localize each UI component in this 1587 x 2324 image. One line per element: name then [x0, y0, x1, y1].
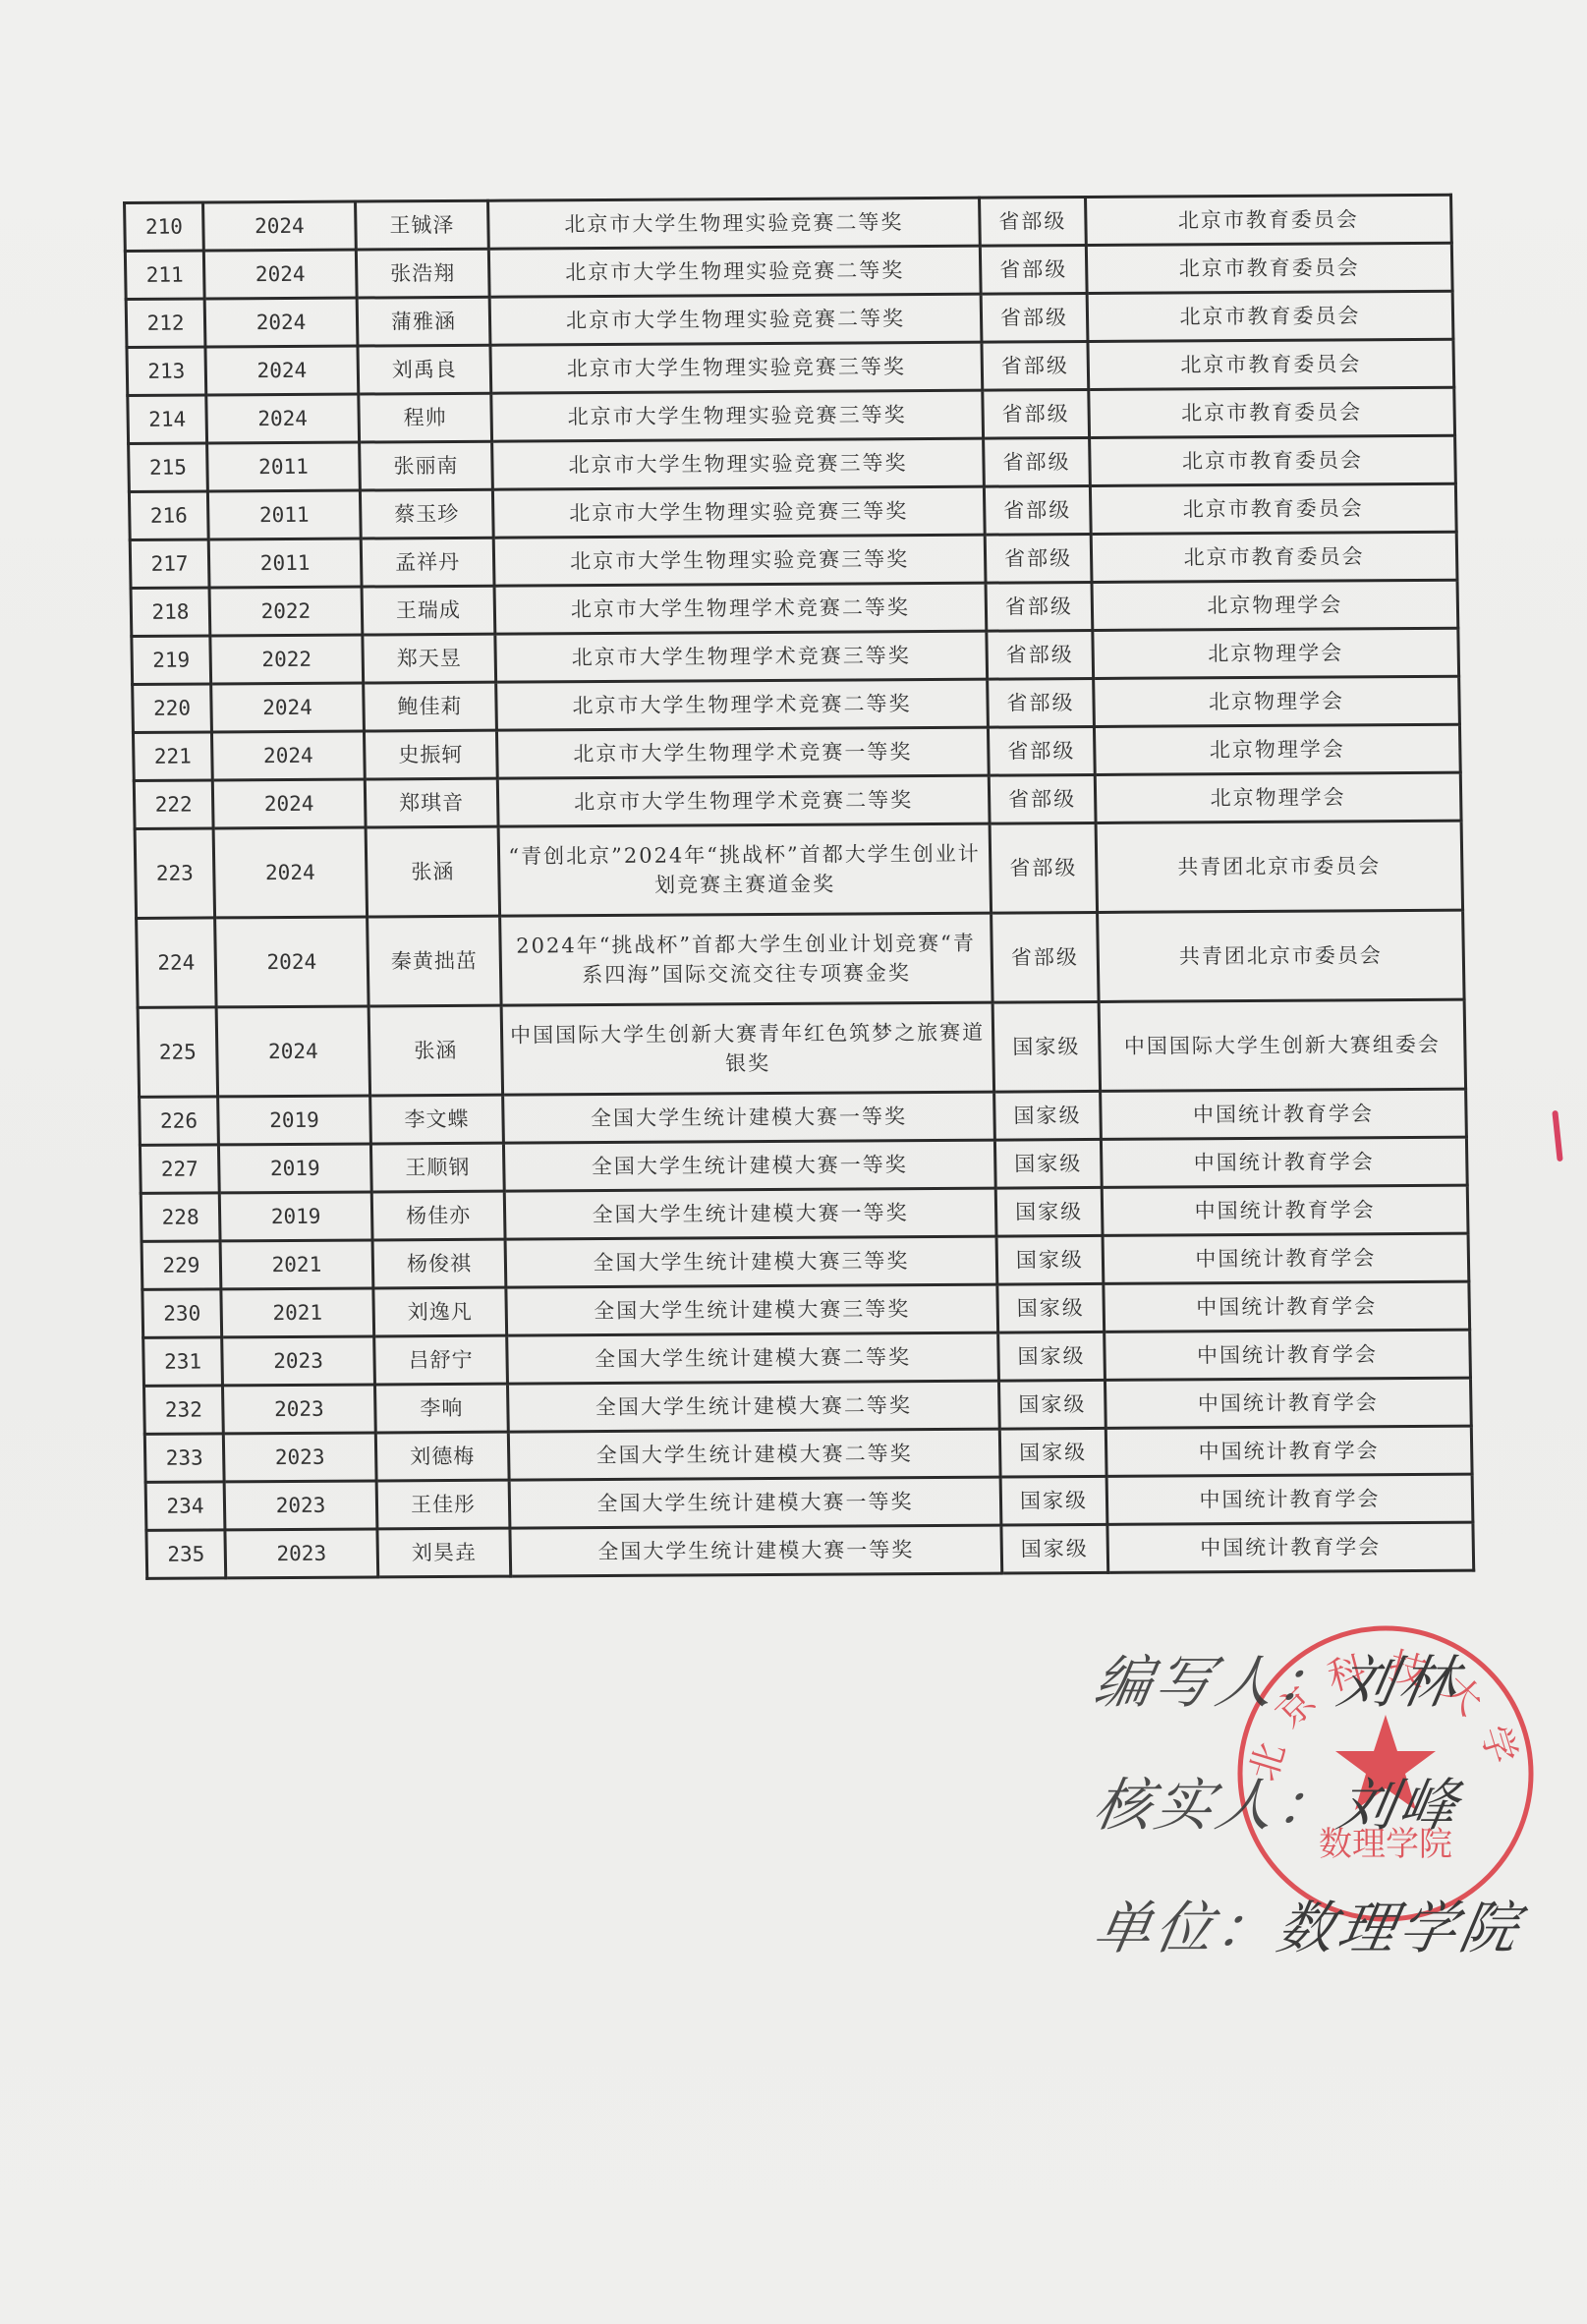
name-cell: 郑天昱: [363, 634, 496, 683]
year-cell: 2024: [216, 1006, 370, 1097]
row-number: 233: [144, 1434, 224, 1482]
organizer-cell: 中国国际大学生创新大赛组委会: [1099, 999, 1466, 1091]
organizer-cell: 共青团北京市委员会: [1098, 910, 1465, 1001]
name-cell: 杨佳亦: [371, 1191, 505, 1240]
award-level-cell: 国家级: [994, 1091, 1102, 1140]
year-cell: 2024: [203, 250, 357, 299]
compiler-signature: 编写人：刘林: [1089, 1636, 1469, 1719]
unit-signature: 单位：数理学院: [1089, 1882, 1530, 1964]
organizer-cell: 中国统计教育学会: [1103, 1233, 1469, 1283]
year-cell: 2024: [212, 779, 366, 828]
table-row: 2132024刘禹良北京市大学生物理实验竞赛三等奖省部级北京市教育委员会: [127, 339, 1454, 395]
organizer-cell: 北京市教育委员会: [1090, 483, 1456, 534]
table-row: 2162011蔡玉珍北京市大学生物理实验竞赛三等奖省部级北京市教育委员会: [129, 483, 1456, 539]
award-level-cell: 省部级: [986, 582, 1093, 631]
year-cell: 2021: [220, 1240, 373, 1289]
award-level-cell: 省部级: [980, 246, 1087, 295]
award-name-cell: 北京市大学生物理学术竞赛一等奖: [496, 727, 989, 778]
organizer-cell: 中国统计教育学会: [1104, 1281, 1470, 1332]
organizer-cell: 中国统计教育学会: [1107, 1522, 1474, 1572]
award-name-cell: 2024年“挑战杯”首都大学生创业计划竞赛“青系四海”国际交流交往专项赛金奖: [500, 913, 992, 1005]
unit-name: 数理学院: [1272, 1895, 1527, 1961]
award-name-cell: 北京市大学生物理实验竞赛三等奖: [490, 342, 983, 393]
table-row: 2302021刘逸凡全国大学生统计建模大赛三等奖国家级中国统计教育学会: [142, 1281, 1470, 1337]
row-number: 227: [140, 1145, 219, 1193]
row-number: 218: [131, 588, 210, 636]
award-level-cell: 省部级: [987, 630, 1094, 679]
table-row: 2202024鲍佳莉北京市大学生物理学术竞赛二等奖省部级北京物理学会: [133, 676, 1460, 732]
year-cell: 2023: [222, 1336, 375, 1386]
name-cell: 刘逸凡: [373, 1287, 507, 1336]
reviewer-signature: 核实人：刘峰: [1089, 1759, 1469, 1842]
row-number: 221: [133, 732, 212, 780]
name-cell: 张涵: [366, 826, 500, 917]
table-row: 2142024程帅北京市大学生物理实验竞赛三等奖省部级北京市教育委员会: [128, 387, 1455, 443]
row-number: 228: [141, 1193, 220, 1241]
year-cell: 2023: [225, 1529, 378, 1578]
table-row: 2312023吕舒宁全国大学生统计建模大赛二等奖国家级中国统计教育学会: [143, 1330, 1471, 1386]
row-number: 222: [134, 780, 213, 828]
award-level-cell: 国家级: [1001, 1524, 1108, 1573]
year-cell: 2019: [219, 1192, 372, 1241]
award-level-cell: 国家级: [1000, 1476, 1107, 1525]
year-cell: 2019: [218, 1144, 371, 1193]
name-cell: 秦黄拙茁: [368, 916, 502, 1006]
name-cell: 王瑞成: [362, 586, 495, 635]
name-cell: 王佳彤: [376, 1480, 510, 1529]
table-row: 2102024王铖泽北京市大学生物理实验竞赛二等奖省部级北京市教育委员会: [125, 195, 1452, 251]
award-level-cell: 国家级: [995, 1187, 1103, 1236]
table-row: 2262019李文蝶全国大学生统计建模大赛一等奖国家级中国统计教育学会: [140, 1089, 1467, 1145]
award-level-cell: 国家级: [999, 1428, 1106, 1477]
table-row: 2292021杨俊祺全国大学生统计建模大赛三等奖国家级中国统计教育学会: [142, 1233, 1469, 1289]
year-cell: 2024: [203, 201, 357, 251]
name-cell: 李响: [374, 1384, 508, 1433]
name-cell: 杨俊祺: [372, 1239, 506, 1288]
award-name-cell: 全国大学生统计建模大赛一等奖: [503, 1140, 995, 1191]
name-cell: 史振轲: [364, 730, 497, 779]
organizer-cell: 中国统计教育学会: [1101, 1137, 1467, 1187]
organizer-cell: 北京市教育委员会: [1090, 435, 1456, 485]
table-row: 2172011孟祥丹北京市大学生物理实验竞赛三等奖省部级北京市教育委员会: [130, 532, 1457, 588]
award-name-cell: “青创北京”2024年“挑战杯”首都大学生创业计划竞赛主赛道金奖: [498, 823, 991, 916]
row-number: 215: [129, 443, 208, 491]
award-name-cell: 全国大学生统计建模大赛二等奖: [508, 1429, 1000, 1480]
row-number: 217: [130, 539, 209, 588]
organizer-cell: 中国统计教育学会: [1105, 1426, 1472, 1476]
award-level-cell: 省部级: [984, 437, 1091, 486]
award-level-cell: 国家级: [994, 1139, 1102, 1188]
organizer-cell: 北京市教育委员会: [1086, 243, 1452, 293]
award-level-cell: 国家级: [992, 1001, 1101, 1092]
table-row: 2112024张浩翔北京市大学生物理实验竞赛二等奖省部级北京市教育委员会: [125, 243, 1452, 299]
award-name-cell: 北京市大学生物理学术竞赛二等奖: [494, 583, 987, 634]
award-level-cell: 国家级: [997, 1283, 1105, 1332]
name-cell: 蔡玉珍: [360, 489, 493, 538]
name-cell: 刘昊垚: [377, 1528, 511, 1577]
organizer-cell: 北京物理学会: [1095, 772, 1461, 822]
table-row: 2152011张丽南北京市大学生物理实验竞赛三等奖省部级北京市教育委员会: [129, 435, 1456, 491]
year-cell: 2023: [224, 1481, 377, 1530]
table-row: 2332023刘德梅全国大学生统计建模大赛二等奖国家级中国统计教育学会: [144, 1426, 1472, 1482]
award-name-cell: 北京市大学生物理学术竞赛二等奖: [497, 775, 990, 826]
award-level-cell: 国家级: [998, 1380, 1105, 1429]
award-name-cell: 全国大学生统计建模大赛三等奖: [506, 1284, 998, 1335]
name-cell: 程帅: [359, 393, 492, 442]
year-cell: 2024: [206, 394, 360, 443]
table-row: 2232024张涵“青创北京”2024年“挑战杯”首都大学生创业计划竞赛主赛道金…: [135, 821, 1462, 918]
award-name-cell: 全国大学生统计建模大赛一等奖: [504, 1188, 996, 1239]
year-cell: 2024: [213, 827, 368, 918]
award-name-cell: 全国大学生统计建模大赛一等奖: [503, 1092, 995, 1143]
award-name-cell: 北京市大学生物理实验竞赛二等奖: [488, 198, 981, 249]
award-table: 2102024王铖泽北京市大学生物理实验竞赛二等奖省部级北京市教育委员会2112…: [123, 194, 1475, 1580]
award-level-cell: 省部级: [990, 822, 1098, 913]
award-level-cell: 省部级: [982, 342, 1089, 391]
name-cell: 王顺钢: [370, 1143, 504, 1192]
organizer-cell: 共青团北京市委员会: [1096, 821, 1463, 912]
award-level-cell: 省部级: [983, 390, 1090, 439]
award-level-cell: 国家级: [996, 1235, 1104, 1284]
award-name-cell: 北京市大学生物理实验竞赛三等奖: [492, 486, 985, 538]
award-table-body: 2102024王铖泽北京市大学生物理实验竞赛二等奖省部级北京市教育委员会2112…: [125, 195, 1474, 1578]
row-number: 220: [133, 684, 212, 732]
row-number: 216: [129, 491, 208, 539]
award-name-cell: 全国大学生统计建模大赛二等奖: [507, 1332, 999, 1384]
award-level-cell: 省部级: [988, 726, 1095, 775]
organizer-cell: 北京市教育委员会: [1087, 291, 1453, 341]
row-number: 235: [146, 1530, 226, 1578]
row-number: 231: [143, 1337, 223, 1386]
table-row: 2322023李响全国大学生统计建模大赛二等奖国家级中国统计教育学会: [143, 1378, 1471, 1434]
award-name-cell: 全国大学生统计建模大赛二等奖: [507, 1381, 999, 1432]
name-cell: 张涵: [368, 1005, 503, 1096]
reviewer-label: 核实人：: [1089, 1772, 1344, 1839]
organizer-cell: 北京市教育委员会: [1088, 339, 1454, 389]
award-name-cell: 北京市大学生物理学术竞赛三等奖: [495, 631, 988, 682]
table-row: 2242024秦黄拙茁2024年“挑战杯”首都大学生创业计划竞赛“青系四海”国际…: [137, 910, 1464, 1007]
name-cell: 张丽南: [360, 441, 493, 490]
row-number: 219: [132, 636, 211, 684]
row-number: 232: [143, 1386, 223, 1434]
year-cell: 2011: [208, 538, 362, 588]
organizer-cell: 中国统计教育学会: [1101, 1089, 1467, 1139]
year-cell: 2011: [207, 490, 361, 539]
award-name-cell: 北京市大学生物理学术竞赛二等奖: [496, 679, 989, 730]
year-cell: 2024: [211, 683, 365, 732]
row-number: 229: [142, 1241, 221, 1289]
organizer-cell: 北京市教育委员会: [1091, 532, 1457, 582]
row-number: 223: [135, 828, 215, 918]
award-level-cell: 省部级: [992, 912, 1100, 1002]
award-name-cell: 北京市大学生物理实验竞赛二等奖: [488, 246, 981, 297]
award-name-cell: 中国国际大学生创新大赛青年红色筑梦之旅赛道银奖: [501, 1002, 993, 1095]
year-cell: 2024: [204, 298, 358, 347]
organizer-cell: 北京物理学会: [1094, 676, 1460, 726]
organizer-cell: 北京物理学会: [1092, 580, 1458, 630]
table-row: 2212024史振轲北京市大学生物理学术竞赛一等奖省部级北京物理学会: [133, 724, 1460, 780]
row-number: 210: [125, 202, 204, 251]
year-cell: 2019: [218, 1096, 371, 1145]
organizer-cell: 北京市教育委员会: [1086, 195, 1452, 245]
row-number: 226: [140, 1097, 219, 1145]
table-row: 2272019王顺钢全国大学生统计建模大赛一等奖国家级中国统计教育学会: [140, 1137, 1467, 1193]
row-number: 224: [137, 918, 217, 1007]
name-cell: 李文蝶: [370, 1095, 504, 1144]
year-cell: 2022: [210, 635, 364, 684]
table-row: 2192022郑天昱北京市大学生物理学术竞赛三等奖省部级北京物理学会: [132, 628, 1459, 684]
award-level-cell: 省部级: [984, 485, 1091, 535]
award-name-cell: 北京市大学生物理实验竞赛三等奖: [492, 438, 985, 489]
table-row: 2252024张涵中国国际大学生创新大赛青年红色筑梦之旅赛道银奖国家级中国国际大…: [138, 999, 1465, 1097]
year-cell: 2011: [207, 442, 361, 491]
row-number: 234: [145, 1482, 225, 1530]
award-name-cell: 全国大学生统计建模大赛一等奖: [510, 1525, 1002, 1576]
row-number: 230: [142, 1289, 222, 1337]
name-cell: 王铖泽: [356, 200, 489, 250]
table-row: 2282019杨佳亦全国大学生统计建模大赛一等奖国家级中国统计教育学会: [141, 1185, 1468, 1241]
award-name-cell: 北京市大学生物理实验竞赛三等奖: [491, 390, 984, 441]
award-level-cell: 省部级: [981, 294, 1088, 343]
year-cell: 2024: [211, 731, 365, 780]
table-row: 2352023刘昊垚全国大学生统计建模大赛一等奖国家级中国统计教育学会: [146, 1522, 1474, 1578]
award-level-cell: 国家级: [998, 1332, 1105, 1381]
organizer-cell: 中国统计教育学会: [1106, 1474, 1473, 1524]
award-level-cell: 省部级: [980, 198, 1087, 247]
row-number: 214: [128, 395, 207, 443]
organizer-cell: 北京物理学会: [1093, 628, 1459, 678]
signature-block: 编写人：刘林 核实人：刘峰 单位：数理学院: [1096, 1626, 1548, 1980]
award-name-cell: 全国大学生统计建模大赛三等奖: [505, 1236, 997, 1287]
compiler-name: 刘林: [1332, 1649, 1466, 1716]
award-table-container: 2102024王铖泽北京市大学生物理实验竞赛二等奖省部级北京市教育委员会2112…: [123, 194, 1472, 1580]
row-number: 225: [138, 1007, 218, 1097]
name-cell: 鲍佳莉: [364, 682, 497, 731]
organizer-cell: 中国统计教育学会: [1102, 1185, 1468, 1235]
compiler-label: 编写人：: [1089, 1649, 1344, 1716]
reviewer-name: 刘峰: [1332, 1772, 1466, 1839]
year-cell: 2021: [221, 1288, 374, 1337]
name-cell: 蒲雅涵: [357, 297, 490, 346]
name-cell: 刘德梅: [375, 1432, 509, 1481]
row-number: 213: [127, 347, 206, 395]
row-number: 212: [126, 299, 205, 347]
organizer-cell: 中国统计教育学会: [1105, 1378, 1471, 1428]
organizer-cell: 北京市教育委员会: [1089, 387, 1455, 437]
row-number: 211: [125, 251, 204, 299]
unit-label: 单位：: [1089, 1895, 1283, 1961]
table-row: 2342023王佳彤全国大学生统计建模大赛一等奖国家级中国统计教育学会: [145, 1474, 1473, 1530]
organizer-cell: 中国统计教育学会: [1105, 1330, 1471, 1380]
award-level-cell: 省部级: [988, 678, 1095, 727]
year-cell: 2023: [223, 1433, 376, 1482]
award-name-cell: 全国大学生统计建模大赛一等奖: [509, 1477, 1001, 1528]
organizer-cell: 北京物理学会: [1094, 724, 1460, 774]
year-cell: 2023: [222, 1385, 375, 1434]
name-cell: 张浩翔: [356, 249, 489, 298]
name-cell: 吕舒宁: [374, 1335, 508, 1385]
year-cell: 2022: [209, 587, 363, 636]
award-name-cell: 北京市大学生物理实验竞赛三等奖: [493, 535, 986, 586]
name-cell: 孟祥丹: [361, 538, 494, 587]
award-level-cell: 省部级: [985, 534, 1092, 583]
award-level-cell: 省部级: [989, 774, 1096, 823]
table-row: 2222024郑琪音北京市大学生物理学术竞赛二等奖省部级北京物理学会: [134, 772, 1461, 828]
year-cell: 2024: [205, 346, 359, 395]
table-row: 2122024蒲雅涵北京市大学生物理实验竞赛二等奖省部级北京市教育委员会: [126, 291, 1453, 347]
name-cell: 刘禹良: [358, 345, 491, 394]
table-row: 2182022王瑞成北京市大学生物理学术竞赛二等奖省部级北京物理学会: [131, 580, 1458, 636]
year-cell: 2024: [215, 917, 369, 1007]
name-cell: 郑琪音: [365, 778, 498, 827]
award-name-cell: 北京市大学生物理实验竞赛二等奖: [489, 294, 982, 345]
